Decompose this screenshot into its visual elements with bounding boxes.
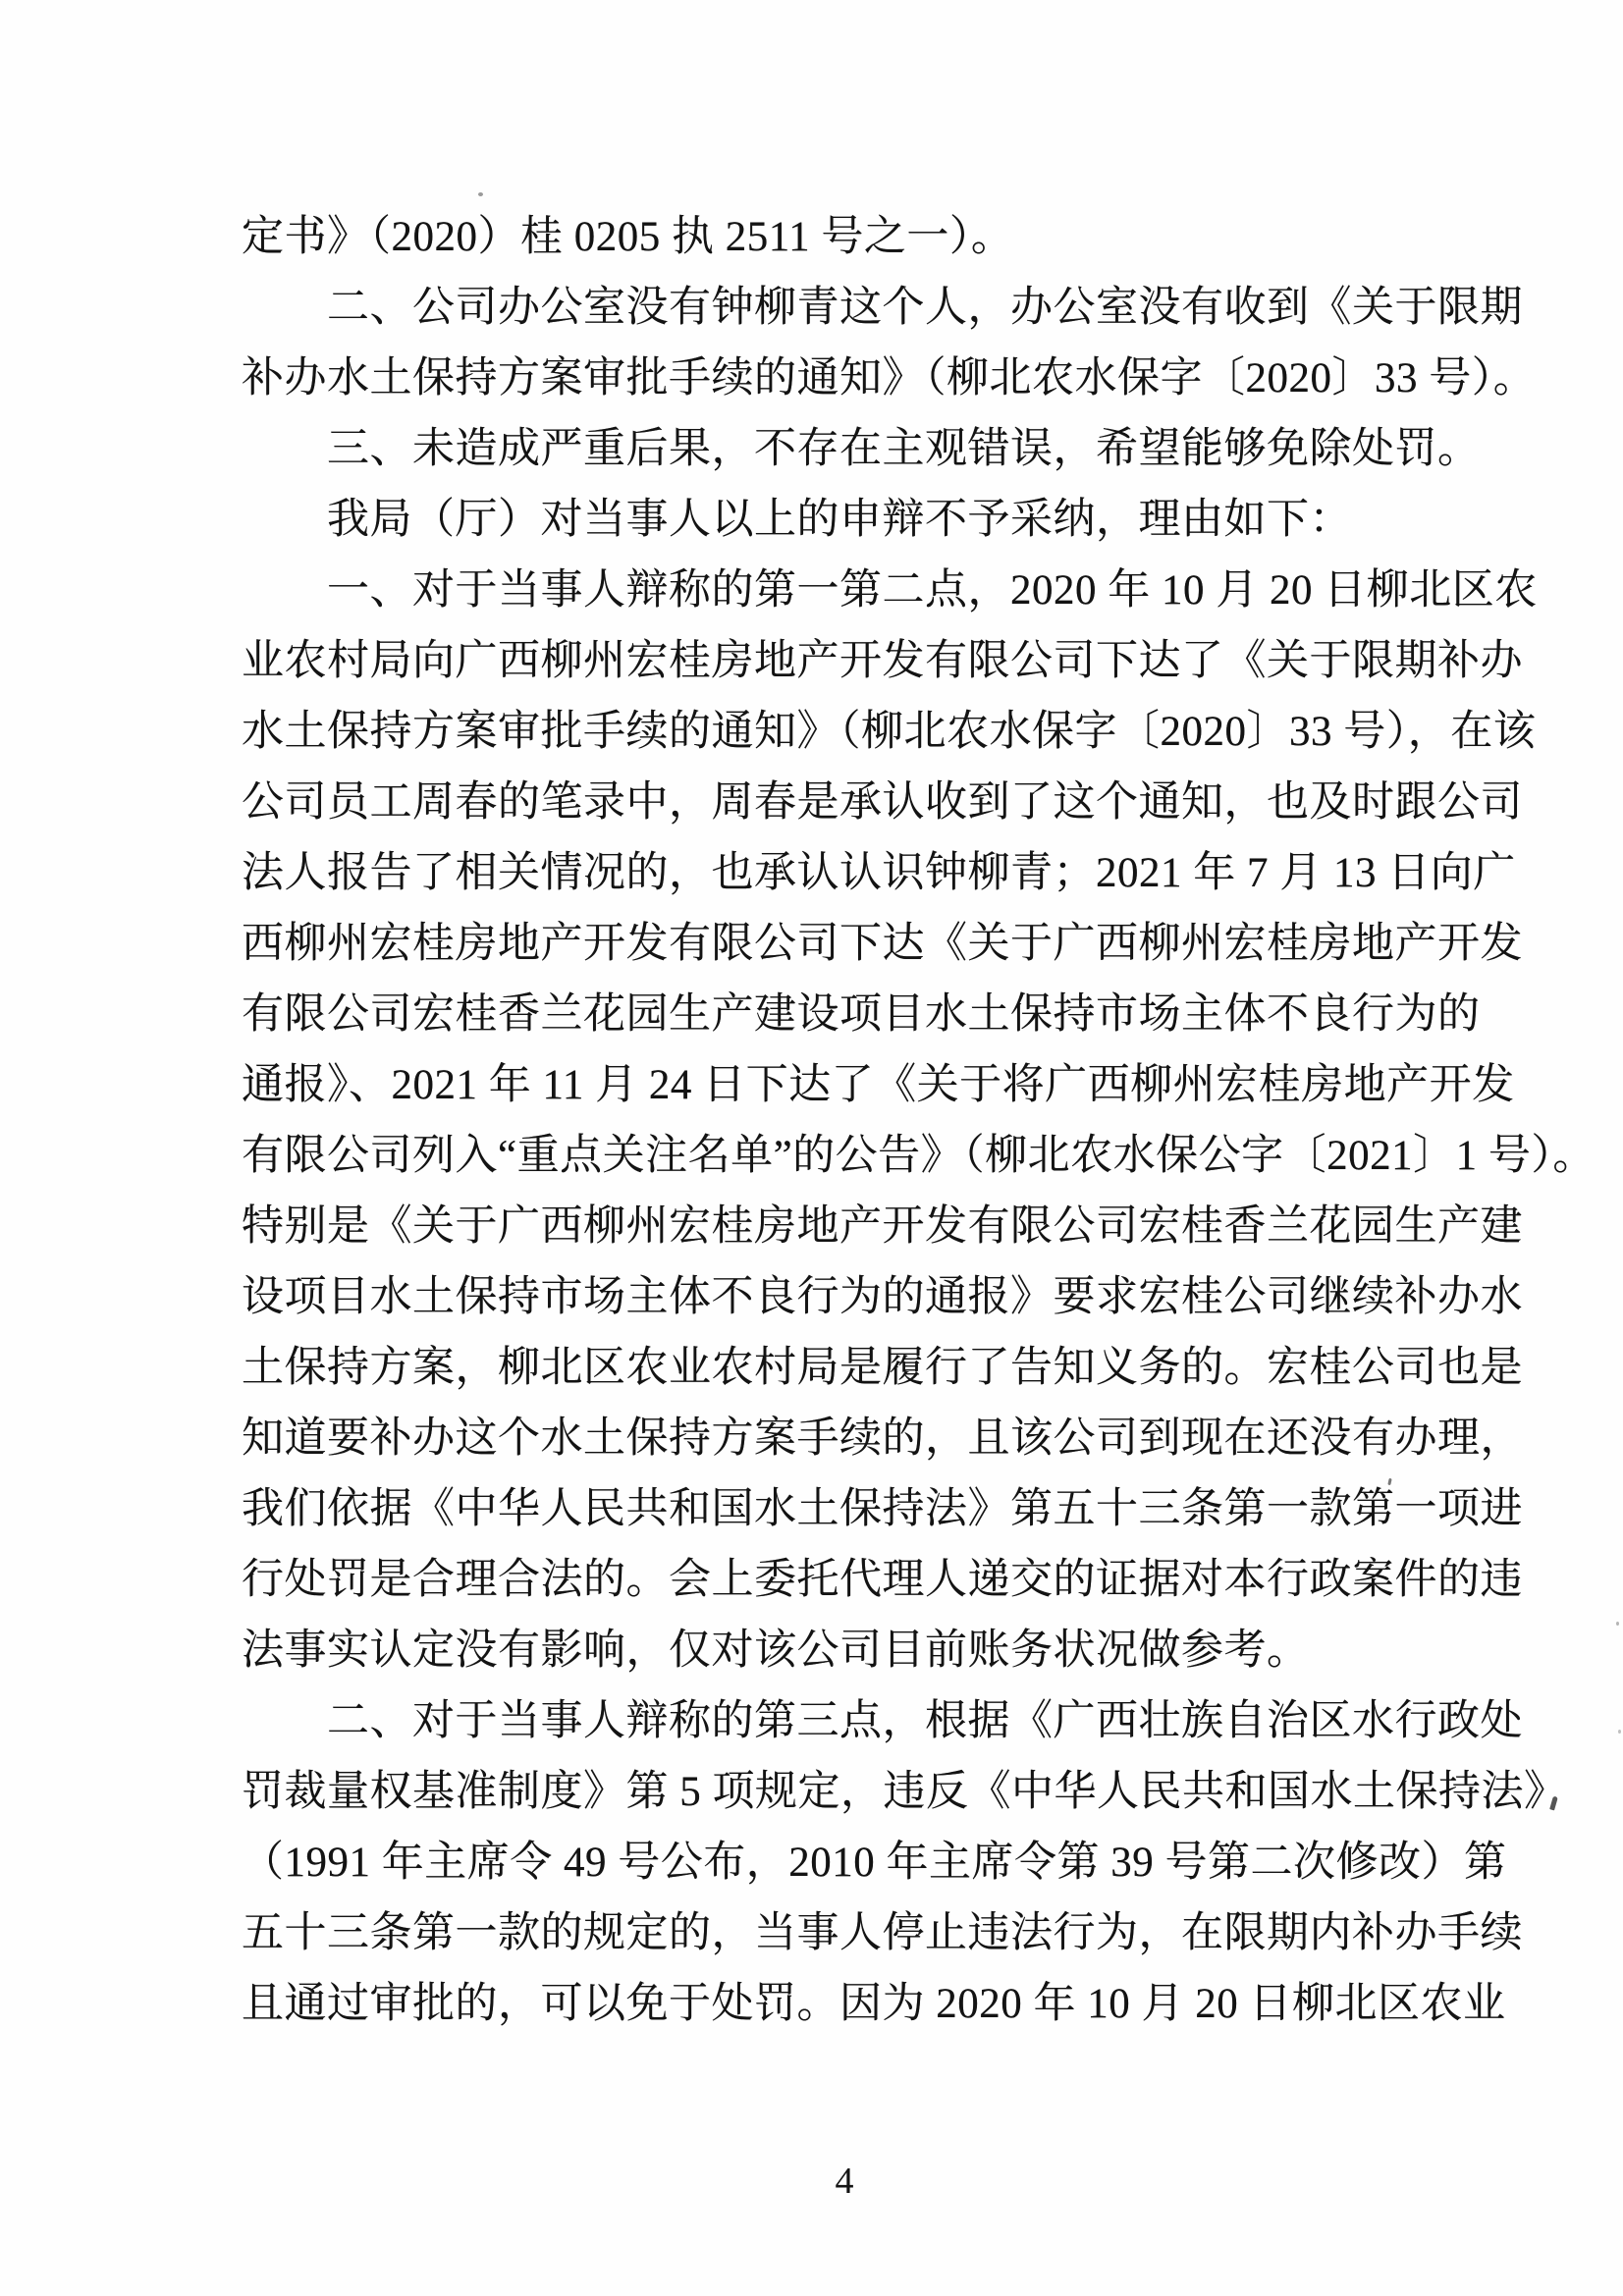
text-line: 设项目水土保持市场主体不良行为的通报》要求宏桂公司继续补办水 (242, 1262, 1518, 1333)
text-line: 特别是《关于广西柳州宏桂房地产开发有限公司宏桂香兰花园生产建 (242, 1192, 1518, 1262)
text-line: 五十三条第一款的规定的，当事人停止违法行为，在限期内补办手续 (242, 1898, 1518, 1969)
text-line: 我局（厅）对当事人以上的申辩不予采纳，理由如下： (242, 485, 1518, 556)
text-line: 西柳州宏桂房地产开发有限公司下达《关于广西柳州宏桂房地产开发 (242, 909, 1518, 980)
text-line: 公司员工周春的笔录中，周春是承认收到了这个通知，也及时跟公司 (242, 768, 1518, 838)
text-line: 行处罚是合理合法的。会上委托代理人递交的证据对本行政案件的违 (242, 1545, 1518, 1616)
text-line: 法人报告了相关情况的，也承认认识钟柳青；2021 年 7 月 13 日向广 (242, 838, 1518, 909)
text-line: 补办水土保持方案审批手续的通知》（柳北农水保字〔2020〕33 号）。 (242, 344, 1518, 414)
scan-speck (1618, 1730, 1621, 1734)
text-line: 有限公司列入“重点关注名单”的公告》（柳北农水保公字〔2021〕1 号）。 (242, 1121, 1518, 1192)
text-line: 有限公司宏桂香兰花园生产建设项目水土保持市场主体不良行为的 (242, 980, 1518, 1050)
text-line: 二、公司办公室没有钟柳青这个人，办公室没有收到《关于限期 (242, 273, 1518, 344)
scan-speck (478, 192, 483, 196)
scanned-document-page: 定书》（2020）桂 0205 执 2511 号之一）。 二、公司办公室没有钟柳… (0, 0, 1623, 2296)
text-line: 罚裁量权基准制度》第 5 项规定，违反《中华人民共和国水土保持法》 (242, 1757, 1518, 1828)
text-line: 一、对于当事人辩称的第一第二点，2020 年 10 月 20 日柳北区农 (242, 556, 1518, 626)
text-line: （1991 年主席令 49 号公布，2010 年主席令第 39 号第二次修改）第 (242, 1828, 1518, 1898)
text-line: 业农村局向广西柳州宏桂房地产开发有限公司下达了《关于限期补办 (242, 626, 1518, 697)
text-line: 定书》（2020）桂 0205 执 2511 号之一）。 (242, 202, 1518, 273)
text-line: 且通过审批的，可以免于处罚。因为 2020 年 10 月 20 日柳北区农业 (242, 1969, 1518, 2040)
text-line: 我们依据《中华人民共和国水土保持法》第五十三条第一款第一项进 (242, 1474, 1518, 1545)
text-line: 法事实认定没有影响，仅对该公司目前账务状况做参考。 (242, 1616, 1518, 1686)
text-line: 土保持方案，柳北区农业农村局是履行了告知义务的。宏桂公司也是 (242, 1333, 1518, 1404)
text-line: 三、未造成严重后果，不存在主观错误，希望能够免除处罚。 (242, 414, 1518, 485)
text-line: 通报》、2021 年 11 月 24 日下达了《关于将广西柳州宏桂房地产开发 (242, 1050, 1518, 1121)
page-number: 4 (815, 2160, 874, 2203)
document-body: 定书》（2020）桂 0205 执 2511 号之一）。 二、公司办公室没有钟柳… (242, 202, 1518, 2040)
text-line: 二、对于当事人辩称的第三点，根据《广西壮族自治区水行政处 (242, 1686, 1518, 1757)
text-line: 水土保持方案审批手续的通知》（柳北农水保字〔2020〕33 号），在该 (242, 697, 1518, 768)
scan-speck (1616, 1622, 1619, 1626)
text-line: 知道要补办这个水土保持方案手续的，且该公司到现在还没有办理， (242, 1404, 1518, 1474)
